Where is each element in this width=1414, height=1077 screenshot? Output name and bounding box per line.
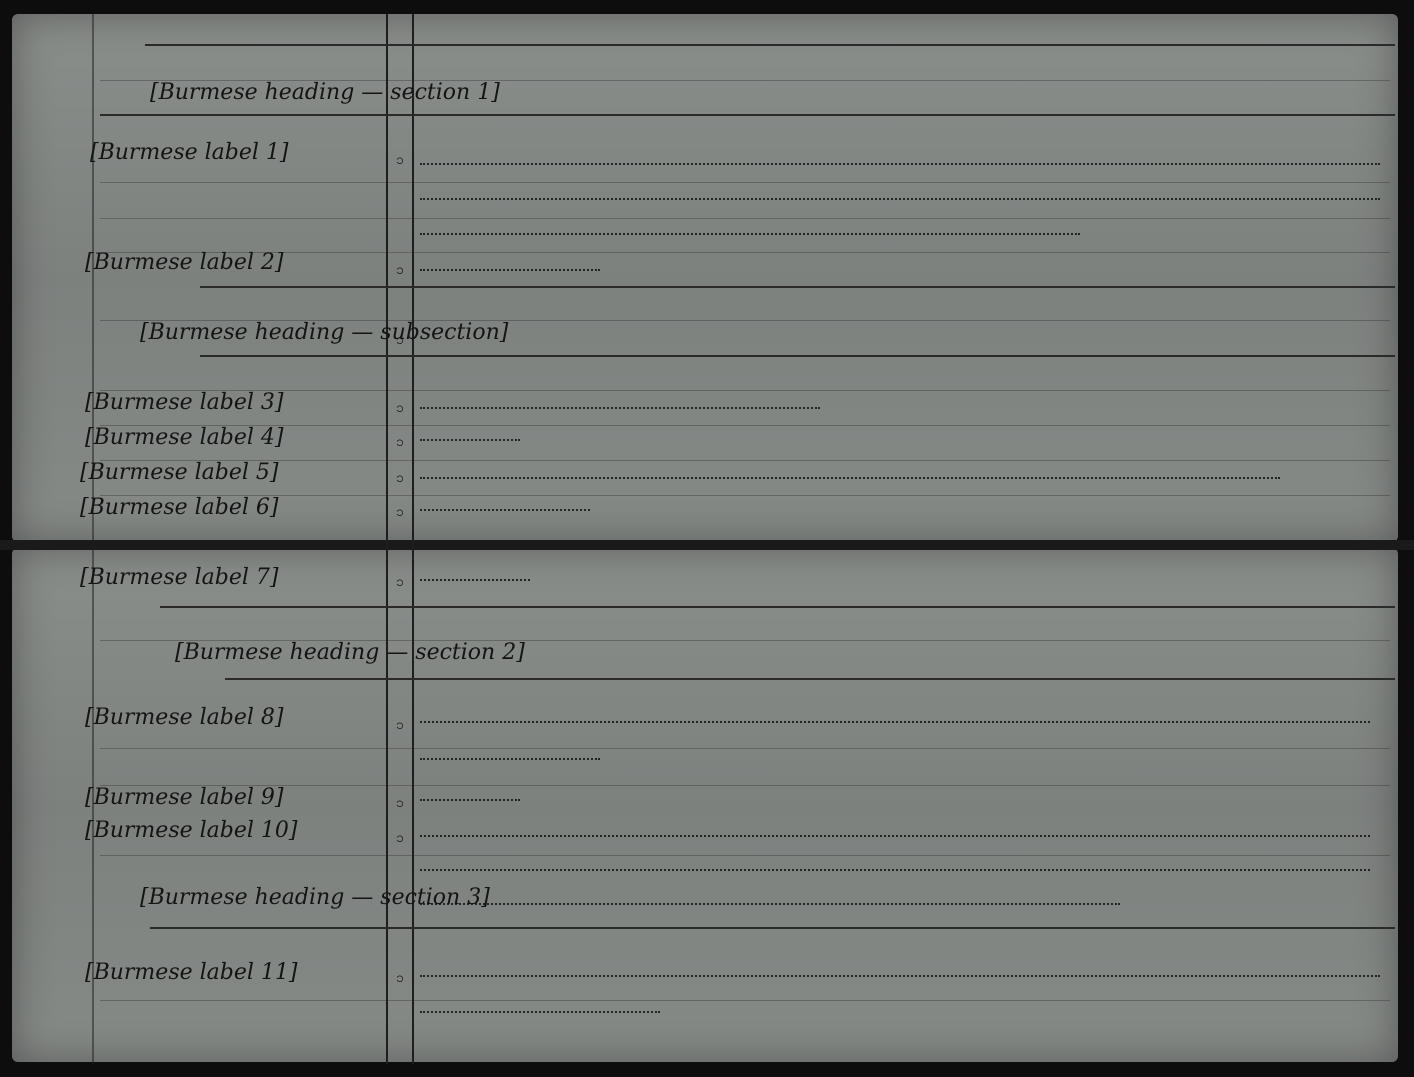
entry-number: ၁ (396, 502, 404, 523)
entry-number: ၁ (396, 330, 404, 351)
handwritten-line (420, 796, 520, 801)
ruling (100, 748, 1390, 749)
row-divider (200, 286, 1395, 288)
handwritten-line (420, 718, 1370, 723)
ruling (100, 785, 1390, 786)
handwritten-line (420, 230, 1080, 235)
entry-label: [Burmese label 1] (90, 140, 288, 165)
entry-number: ၁ (396, 260, 404, 281)
section-heading: [Burmese heading — subsection] (140, 320, 508, 345)
row-divider (145, 44, 1395, 46)
entry-label: [Burmese label 8] (85, 705, 283, 730)
entry-label: [Burmese label 10] (85, 818, 297, 843)
entry-label: [Burmese label 5] (80, 460, 278, 485)
handwritten-line (420, 506, 590, 511)
entry-label: [Burmese label 4] (85, 425, 283, 450)
section-heading: [Burmese heading — section 3] (140, 885, 490, 910)
handwritten-line (420, 755, 600, 760)
page-fold (0, 540, 1414, 550)
handwritten-line (420, 474, 1280, 479)
handwritten-line (420, 1008, 660, 1013)
handwritten-line (420, 436, 520, 441)
ruling (100, 182, 1390, 183)
entry-number: ၁ (396, 968, 404, 989)
ruling (100, 855, 1390, 856)
entry-label: [Burmese label 2] (85, 250, 283, 275)
entry-label: [Burmese label 11] (85, 960, 297, 985)
ruling (100, 252, 1390, 253)
ruling (100, 218, 1390, 219)
entry-number: ၁ (396, 398, 404, 419)
row-divider (200, 355, 1395, 357)
ruling (100, 495, 1390, 496)
entry-label: [Burmese label 7] (80, 565, 278, 590)
handwritten-line (420, 404, 820, 409)
ruling (100, 425, 1390, 426)
entry-number: ၁ (396, 432, 404, 453)
entry-number: ၁ (396, 793, 404, 814)
entry-number: ၁ (396, 150, 404, 171)
entry-label: [Burmese label 9] (85, 785, 283, 810)
section-heading: [Burmese heading — section 2] (175, 640, 525, 665)
column-rule-left (92, 14, 94, 1064)
handwritten-line (420, 866, 1370, 871)
row-divider (150, 927, 1395, 929)
handwritten-line (420, 195, 1380, 200)
handwritten-line (420, 266, 600, 271)
section-heading: [Burmese heading — section 1] (150, 80, 500, 105)
row-divider (160, 606, 1395, 608)
ruling (100, 460, 1390, 461)
handwritten-line (420, 900, 1120, 905)
entry-number: ၁ (396, 468, 404, 489)
handwritten-line (420, 972, 1380, 977)
row-divider (225, 678, 1395, 680)
entry-label: [Burmese label 6] (80, 495, 278, 520)
handwritten-line (420, 832, 1370, 837)
entry-number: ၁ (396, 715, 404, 736)
ruling (100, 1000, 1390, 1001)
entry-label: [Burmese label 3] (85, 390, 283, 415)
handwritten-line (420, 160, 1380, 165)
handwritten-line (420, 576, 530, 581)
entry-number: ၁ (396, 828, 404, 849)
entry-number: ၁ (396, 572, 404, 593)
ruling (100, 390, 1390, 391)
row-divider (100, 114, 1395, 116)
